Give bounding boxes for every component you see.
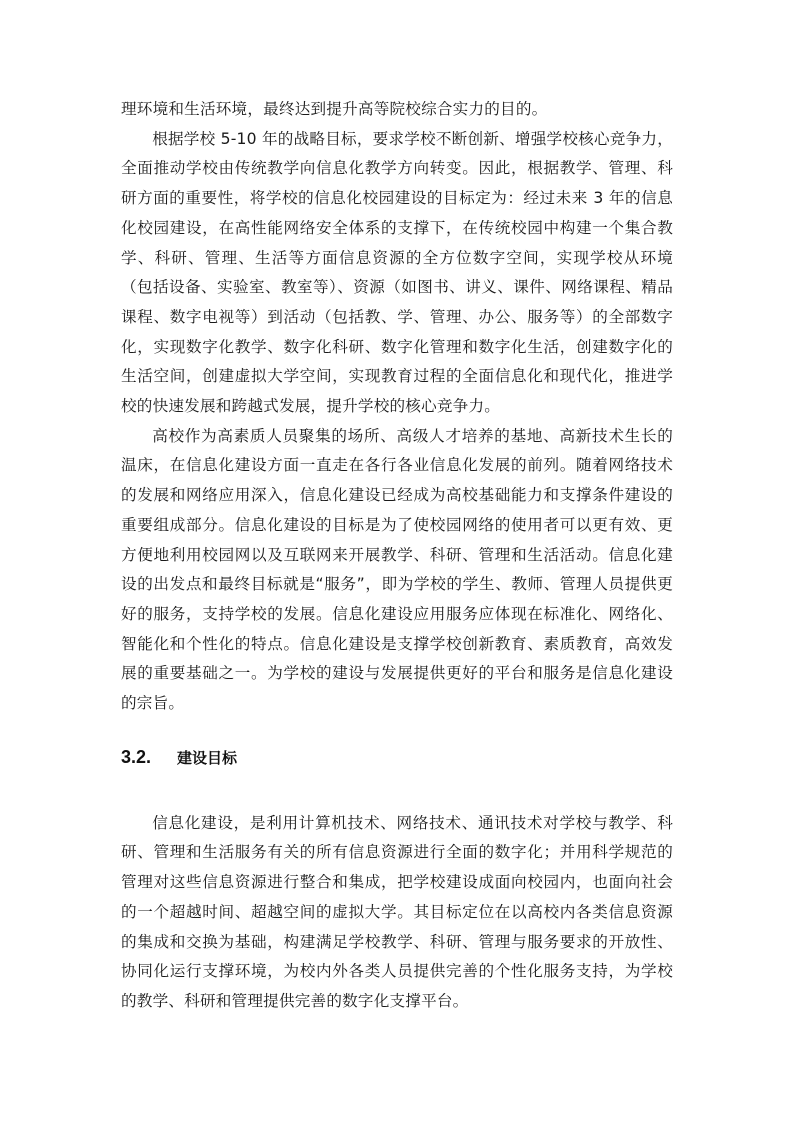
section-heading: 3.2. 建设目标 <box>121 747 673 777</box>
document-page: 理环境和生活环境，最终达到提升高等院校综合实力的目的。 根据学校 5-10 年的… <box>121 95 673 1017</box>
section-number: 3.2. <box>121 747 177 768</box>
section-title: 建设目标 <box>177 747 237 768</box>
paragraph-strategic-goal: 根据学校 5-10 年的战略目标，要求学校不断创新、增强学校核心竞争力，全面推动… <box>121 125 673 422</box>
paragraph-university-informatization: 高校作为高素质人员聚集的场所、高级人才培养的基地、高新技术生长的温床，在信息化建… <box>121 422 673 719</box>
paragraph-continuation: 理环境和生活环境，最终达到提升高等院校综合实力的目的。 <box>121 95 673 125</box>
paragraph-construction-goal: 信息化建设，是利用计算机技术、网络技术、通讯技术对学校与教学、科研、管理和生活服… <box>121 809 673 1017</box>
